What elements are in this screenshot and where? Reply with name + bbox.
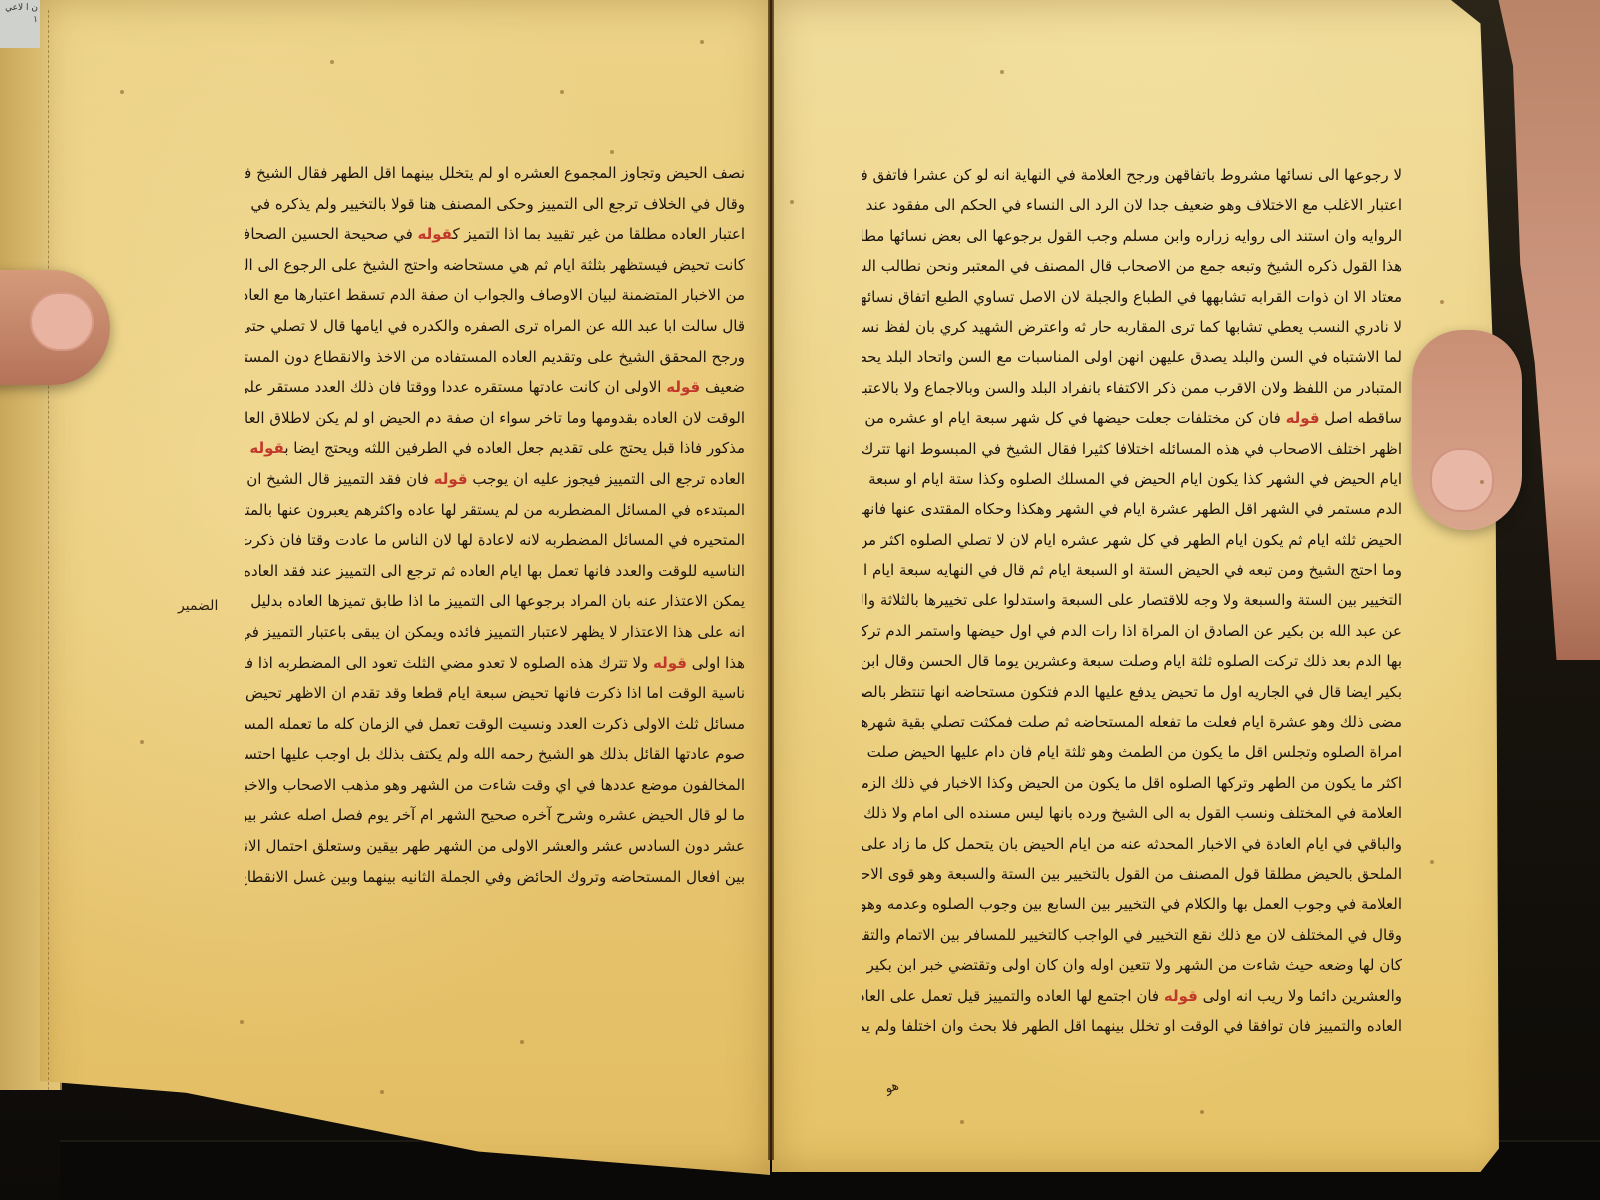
- rubric-marker: قوله: [1164, 987, 1198, 1005]
- book-gutter: [768, 0, 774, 1160]
- manuscript-line: المبتدءه في المسائل المضطربه من لم يستقر…: [245, 495, 745, 526]
- manuscript-line: الحيض ثلثه ايام ثم يكون ايام الطهر في كل…: [862, 525, 1402, 555]
- manuscript-line: مسائل ثلث الاولى ذكرت العدد ونسيت الوقت …: [245, 709, 745, 740]
- manuscript-line: اعتبار الاغلب مع الاختلاف وهو ضعيف جدا ل…: [862, 190, 1402, 220]
- manuscript-line: اكثر ما يكون من الطهر وتركها الصلوه اقل …: [862, 768, 1402, 798]
- manuscript-line: بها الدم بعد ذلك تركت الصلوه ثلثة ايام و…: [862, 646, 1402, 676]
- open-manuscript: ن ا لاعي ١ نصف الحيض وتجاوز المجموع العش…: [0, 0, 1600, 1200]
- manuscript-line: ساقطه اصل قوله فان كن مختلفات جعلت حيضها…: [862, 403, 1402, 433]
- manuscript-line: بكير ايضا قال في الجاريه اول ما تحيض يدف…: [862, 677, 1402, 707]
- manuscript-line: كانت تحيض فيستظهر بثلثة ايام ثم هي مستحا…: [245, 250, 745, 281]
- manuscript-line: العلامة في وجوب العمل بها والكلام في الت…: [862, 889, 1402, 919]
- label-slip: ن ا لاعي ١: [0, 0, 40, 48]
- manuscript-line: من الاخبار المتضمنة لبيان الاوصاف والجوا…: [245, 280, 745, 311]
- manuscript-line: ايام الحيض في الشهر كذا يكون ايام الحيض …: [862, 464, 1402, 494]
- manuscript-line: والباقي في ايام العادة في الاخبار المحدث…: [862, 829, 1402, 859]
- manuscript-line: الدم مستمر في الشهر اقل الطهر عشرة ايام …: [862, 494, 1402, 524]
- manuscript-line: انه على هذا الاعتذار لا يظهر لاعتبار الت…: [245, 617, 745, 648]
- rubric-marker: قوله: [418, 225, 453, 243]
- manuscript-line: لما الاشتباه في السن والبلد يصدق عليهن ا…: [862, 342, 1402, 372]
- manuscript-line: قال سالت ابا عبد الله عن المراه ترى الصف…: [245, 311, 745, 342]
- thumbnail: [30, 292, 94, 351]
- manuscript-line: معتاد الا ان ذوات القرابه تشابهها في الط…: [862, 282, 1402, 312]
- manuscript-line: لا نادري النسب يعطي تشابها كما ترى المقا…: [862, 312, 1402, 342]
- manuscript-line: لا رجوعها الى نسائها مشروط باتفاقهن ورجح…: [862, 160, 1402, 190]
- manuscript-line: المتبادر من اللفظ ولان الاقرب ممن ذكر ال…: [862, 373, 1402, 403]
- rubric-marker: قوله: [653, 654, 687, 672]
- left-thumb-holding-page: [0, 270, 110, 385]
- manuscript-line: ناسية الوقت اما اذا ذكرت فانها تحيض سبعة…: [245, 678, 745, 709]
- manuscript-line: الملحق بالحيض مطلقا قول المصنف من القول …: [862, 859, 1402, 889]
- manuscript-line: مذكور فاذا قبل يحتج على تقديم جعل العاده…: [245, 433, 745, 464]
- manuscript-line: العاده والتمييز فان توافقا في الوقت او ت…: [862, 1011, 1402, 1041]
- thumbnail: [1430, 448, 1494, 512]
- manuscript-line: وقال في المختلف لان مع ذلك نقع التخيير ف…: [862, 920, 1402, 950]
- rubric-marker: قوله: [249, 439, 284, 457]
- manuscript-line: يمكن الاعتذار عنه بان المراد برجوعها الى…: [245, 586, 745, 617]
- manuscript-line: ما لو قال الحيض عشره وشرح آخره صحيح الشه…: [245, 800, 745, 831]
- manuscript-line: الناسيه للوقت والعدد فانها تعمل بها ايام…: [245, 556, 745, 587]
- manuscript-line: كان لها وضعه حيث شاءت من الشهر ولا تتعين…: [862, 950, 1402, 980]
- left-text-block: نصف الحيض وتجاوز المجموع العشره او لم يت…: [245, 158, 745, 892]
- manuscript-line: نصف الحيض وتجاوز المجموع العشره او لم يت…: [245, 158, 745, 189]
- manuscript-line: اظهر اختلف الاصحاب في هذه المسائله اختلا…: [862, 434, 1402, 464]
- manuscript-line: صوم عادتها القائل بذلك هو الشيخ رحمه الل…: [245, 739, 745, 770]
- manuscript-line: الوقت لان العاده بقدومها وما تاخر سواء ا…: [245, 403, 745, 434]
- manuscript-line: العلامة في المختلف ونسب القول به الى الش…: [862, 798, 1402, 828]
- manuscript-line: المتحيره في المسائل المضطربه لانه لاعادة…: [245, 525, 745, 556]
- margin-note: الضمير: [178, 598, 218, 614]
- manuscript-line: هذا اولى قوله ولا تترك هذه الصلوه لا تعد…: [245, 648, 745, 679]
- right-thumb-holding-page: [1412, 330, 1522, 530]
- rubric-marker: قوله: [666, 378, 700, 396]
- manuscript-line: ورجح المحقق الشيخ على وتقديم العاده المس…: [245, 342, 745, 373]
- manuscript-line: امراة الصلوه وتجلس اقل ما يكون من الطمث …: [862, 737, 1402, 767]
- manuscript-line: اعتبار العاده مطلقا من غير تقييد بما اذا…: [245, 219, 745, 250]
- manuscript-line: المخالفون موضع عددها في اي وقت شاءت من ا…: [245, 770, 745, 801]
- manuscript-line: عشر دون السادس عشر والعشر الاولى من الشه…: [245, 831, 745, 862]
- manuscript-line: عن عبد الله بن بكير عن الصادق ان المراة …: [862, 616, 1402, 646]
- manuscript-line: مضى ذلك وهو عشرة ايام فعلت ما تفعله المس…: [862, 707, 1402, 737]
- manuscript-line: والعشرين دائما ولا ريب انه اولى قوله فان…: [862, 981, 1402, 1011]
- rubric-marker: قوله: [434, 470, 468, 488]
- manuscript-line: العاده ترجع الى التمييز فيجوز عليه ان يو…: [245, 464, 745, 495]
- manuscript-line: هذا القول ذكره الشيخ وتبعه جمع من الاصحا…: [862, 251, 1402, 281]
- manuscript-line: التخيير بين الستة والسبعة ولا وجه للاقتص…: [862, 585, 1402, 615]
- right-text-block: لا رجوعها الى نسائها مشروط باتفاقهن ورجح…: [862, 160, 1402, 1041]
- left-folio-fold-line: [48, 10, 57, 1090]
- manuscript-line: بين افعال المستحاضه وتروك الحائض وفي الج…: [245, 862, 745, 893]
- manuscript-line: وما احتج الشيخ ومن تبعه في الحيض الستة ا…: [862, 555, 1402, 585]
- manuscript-line: الروايه وان استند الى روايه زراره وابن م…: [862, 221, 1402, 251]
- rubric-marker: قوله: [1286, 409, 1320, 427]
- manuscript-line: ضعيف قوله الاولى ان كانت عادتها مستقره ع…: [245, 372, 745, 403]
- manuscript-line: وقال في الخلاف ترجع الى التمييز وحكى الم…: [245, 189, 745, 220]
